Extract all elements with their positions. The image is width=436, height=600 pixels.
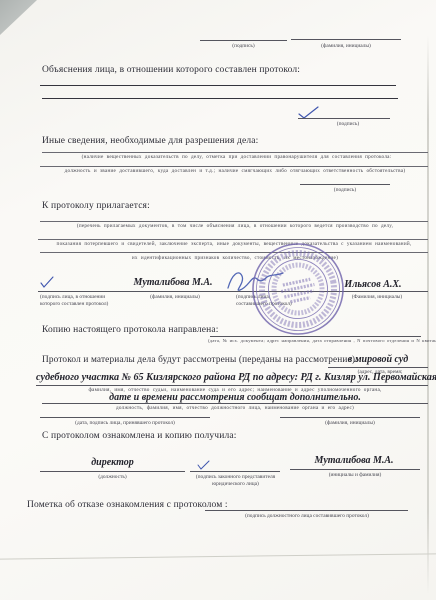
court-address-entry: судебного участка № 65 Кизлярского район…	[36, 372, 428, 383]
writing-line	[38, 239, 428, 240]
name-hint-label: (фамилия, инициалы)	[291, 43, 401, 49]
review-time-entry: дате и времени рассмотрения сообщат допо…	[42, 392, 428, 403]
writing-line	[328, 367, 428, 368]
writing-line	[40, 166, 428, 167]
name-hint-label: (фамилия, инициалы)	[285, 420, 415, 426]
name-line	[280, 417, 420, 418]
sign-hint-label: (дата, подпись лица, принявшего протокол…	[45, 420, 205, 426]
field-hint: должность, фамилия, имя, отчество должно…	[45, 405, 425, 411]
writing-line	[40, 221, 428, 222]
writing-line	[40, 252, 428, 253]
pen-checkmark-icon	[39, 276, 55, 289]
sign-hint-label: (подпись)	[200, 43, 287, 49]
signature-row-line	[38, 291, 428, 292]
copy-sent-heading: Копию настоящего протокола направлена:	[42, 325, 219, 335]
writing-line	[42, 152, 428, 153]
field-hint: (наличие вещественных доказательств по д…	[45, 154, 428, 160]
folded-corner-artifact	[0, 0, 37, 35]
signature-line	[200, 40, 287, 41]
name-hint-label: (инициалы и фамилия)	[295, 472, 415, 478]
officer-name-entry: Муталибова М.А.	[108, 277, 238, 288]
refusal-heading: Пометка об отказе ознакомления с протоко…	[27, 500, 228, 510]
explanations-heading: Объяснения лица, в отношении которого со…	[42, 65, 300, 75]
position-line	[40, 471, 185, 472]
name-hint-label: (фамилия, инициалы)	[130, 294, 220, 300]
writing-line	[36, 385, 428, 386]
writing-line	[210, 336, 421, 337]
review-heading: Протокол и материалы дела будут рассмотр…	[42, 355, 358, 365]
court-entry: в мировой суд	[328, 354, 428, 365]
refusal-sign-line	[205, 510, 408, 511]
signature-line	[298, 118, 390, 119]
position-hint-label: (должность)	[60, 474, 165, 480]
representative-sign-line	[190, 471, 280, 472]
field-hint: показания потерпевшего и свидетелей, зак…	[40, 241, 428, 247]
writing-line	[42, 403, 428, 404]
sign-hint-label: (подпись законного представителя	[178, 474, 293, 480]
sign-hint-label: (подпись)	[310, 187, 380, 193]
name-line	[290, 469, 420, 470]
sign-hint-label: (подпись должностного лица составившего …	[208, 513, 406, 519]
other-info-heading: Иные сведения, необходимые для разрешени…	[42, 136, 258, 146]
page-edge-shadow	[427, 35, 429, 595]
date-sign-line	[40, 417, 210, 418]
writing-line	[42, 98, 398, 99]
field-hint: (дата, № исх. документа; адрес направлен…	[208, 338, 423, 343]
attachments-heading: К протоколу прилагается:	[42, 201, 150, 211]
name-line	[291, 39, 401, 40]
field-hint: (перечень прилагаемых документов, в том …	[42, 223, 428, 229]
field-hint: должность и звание доставившего, куда до…	[42, 168, 428, 174]
position-entry: директор	[60, 457, 165, 468]
signature-line	[300, 184, 390, 185]
writing-line	[40, 85, 396, 86]
sign-hint-label: юридического лица)	[178, 481, 293, 487]
acknowledgement-heading: С протоколом ознакомлена и копию получил…	[42, 431, 237, 441]
scan-bottom-line-artifact	[0, 553, 436, 559]
field-hint: их идентификационных признаков количеств…	[42, 255, 428, 261]
scanned-protocol-page: (подпись) (фамилия, инициалы) Объяснения…	[0, 0, 436, 600]
pen-checkmark-icon	[196, 460, 211, 471]
sign-hint-label: (подпись)	[310, 121, 386, 127]
acknowledger-name-entry: Муталибова М.А.	[288, 455, 420, 466]
sign-hint-label: которого составлен протокол)	[40, 301, 152, 307]
round-stamp	[241, 232, 355, 346]
